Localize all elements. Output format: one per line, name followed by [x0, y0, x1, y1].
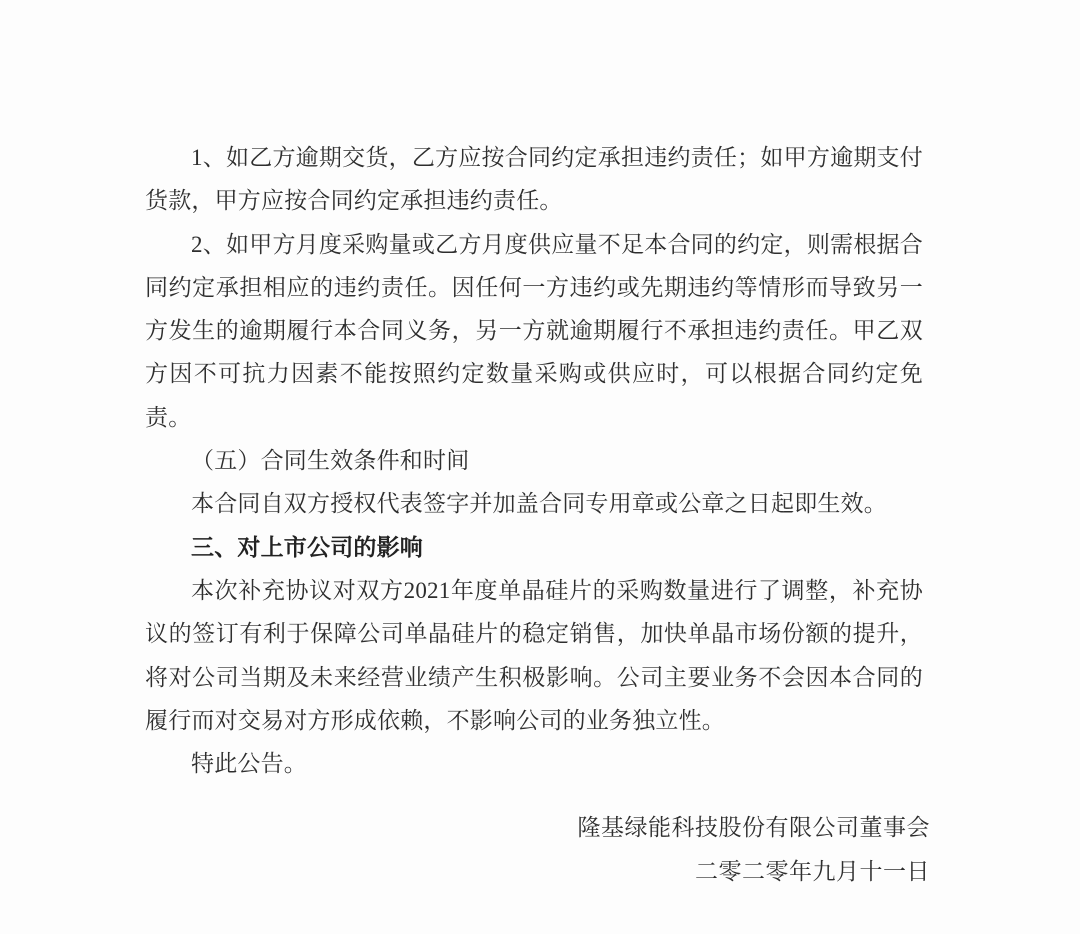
subsection-heading-contract-effectiveness: （五）合同生效条件和时间 — [145, 439, 923, 482]
impact-description-paragraph: 本次补充协议对双方2021年度单晶硅片的采购数量进行了调整，补充协议的签订有利于… — [145, 569, 923, 742]
closing-announcement-line: 特此公告。 — [145, 742, 923, 785]
signature-block: 隆基绿能科技股份有限公司董事会 二零二零年九月十一日 — [578, 806, 931, 894]
section-heading-impact-on-listed-company: 三、对上市公司的影响 — [145, 526, 923, 569]
clause-2-paragraph: 2、如甲方月度采购量或乙方月度供应量不足本合同的约定，则需根据合同约定承担相应的… — [145, 223, 923, 439]
effectiveness-clause-paragraph: 本合同自双方授权代表签字并加盖合同专用章或公章之日起即生效。 — [145, 482, 923, 525]
clause-1-paragraph: 1、如乙方逾期交货，乙方应按合同约定承担违约责任；如甲方逾期支付货款，甲方应按合… — [145, 136, 923, 223]
document-page: 1、如乙方逾期交货，乙方应按合同约定承担违约责任；如甲方逾期支付货款，甲方应按合… — [0, 0, 1080, 934]
signature-date: 二零二零年九月十一日 — [578, 850, 931, 894]
signature-company-name: 隆基绿能科技股份有限公司董事会 — [578, 806, 931, 850]
announcement-body: 1、如乙方逾期交货，乙方应按合同约定承担违约责任；如甲方逾期支付货款，甲方应按合… — [145, 136, 923, 785]
